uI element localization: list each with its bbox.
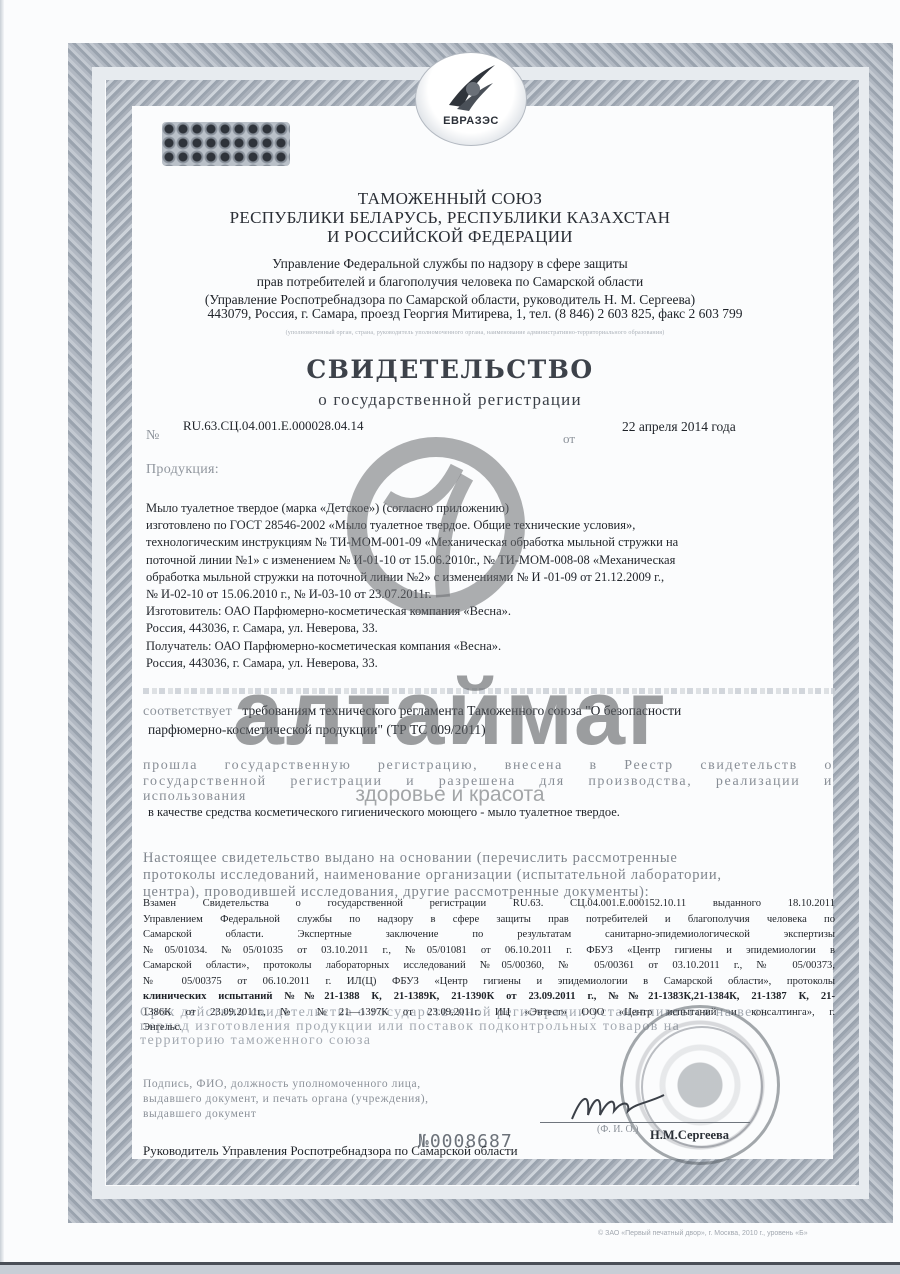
signature-note: Подпись, ФИО, должность уполномоченного …: [143, 1077, 429, 1122]
eurasec-emblem-icon: [443, 61, 499, 113]
basis-line: Самарской области. Экспертные заключение…: [143, 927, 835, 943]
union-line-1: ТАМОЖЕННЫЙ СОЮЗ: [0, 189, 900, 208]
validity-line-3: территорию таможенного союза: [140, 1034, 371, 1048]
watermark-tagline: здоровье и красота: [305, 783, 595, 807]
certificate-number: RU.63.СЦ.04.001.Е.000028.04.14: [183, 418, 364, 434]
watermark-brand: алтаймаг: [215, 667, 685, 759]
authority-line-1: Управление Федеральной службы по надзору…: [0, 255, 900, 273]
watermark-leaf-icon: [347, 437, 525, 615]
handwritten-signature-icon: [568, 1085, 668, 1125]
basis-line: № 05/00375 от 06.10.2011 г. ИЛ(Ц) ФБУЗ «…: [143, 974, 835, 990]
basis-heading-line: Настоящее свидетельство выдано на основа…: [143, 850, 722, 867]
certificate-title: СВИДЕТЕЛЬСТВО: [0, 355, 900, 384]
authority-address: 443079, Россия, г. Самара, проезд Георги…: [25, 305, 900, 323]
basis-line: Самарской области», протоколы лабораторн…: [143, 958, 835, 974]
number-label: №: [146, 428, 159, 444]
certificate-date: 22 апреля 2014 года: [622, 419, 736, 435]
fio-label: (Ф. И. О.): [597, 1124, 639, 1135]
authority-hint: (уполномоченный орган, страна, руководит…: [25, 330, 900, 336]
registration-line-3: использования: [143, 789, 247, 805]
eurasec-emblem: ЕВРАЗЭС: [415, 52, 527, 146]
union-line-2: РЕСПУБЛИКИ БЕЛАРУСЬ, РЕСПУБЛИКИ КАЗАХСТА…: [0, 208, 900, 227]
product-label: Продукция:: [146, 462, 219, 478]
scan-background: [0, 1265, 900, 1274]
basis-heading: Настоящее свидетельство выдано на основа…: [143, 850, 722, 901]
signer-position: Руководитель Управления Роспотребнадзора…: [143, 1143, 518, 1159]
usage-purpose: в качестве средства косметического гигие…: [148, 805, 620, 820]
basis-line: №05/01034. №05/01035 от 03.10.2011 г., №…: [143, 943, 835, 959]
hologram-security-block: [162, 122, 290, 166]
basis-line: клинических испытаний №№21-1388 К, 21-13…: [143, 989, 835, 1005]
signature-note-line: Подпись, ФИО, должность уполномоченного …: [143, 1077, 429, 1092]
signature-note-line: выдавшего документ: [143, 1107, 429, 1122]
certificate-subtitle: о государственной регистрации: [0, 390, 900, 410]
basis-line: Взамен Свидетельства о государственной р…: [143, 896, 835, 912]
authority-line-2: прав потребителей и благополучия человек…: [0, 273, 900, 291]
basis-line: Управлением Федеральной службы по надзор…: [143, 912, 835, 928]
recipient: Получатель: ОАО Парфюмерно-косметическая…: [146, 638, 678, 655]
signature-line: [540, 1122, 750, 1123]
from-label: от: [563, 431, 575, 447]
signer-name: Н.М.Сергеева: [650, 1128, 729, 1143]
emblem-label: ЕВРАЗЭС: [416, 115, 526, 127]
signature-note-line: выдавшего документ, и печать органа (учр…: [143, 1092, 429, 1107]
manufacturer-address: Россия, 443036, г. Самара, ул. Неверова,…: [146, 620, 678, 637]
basis-heading-line: протоколы исследований, наименование орг…: [143, 867, 722, 884]
printer-imprint: © ЗАО «Первый печатный двор», г. Москва,…: [598, 1230, 808, 1237]
union-line-3: И РОССИЙСКОЙ ФЕДЕРАЦИИ: [0, 227, 900, 246]
